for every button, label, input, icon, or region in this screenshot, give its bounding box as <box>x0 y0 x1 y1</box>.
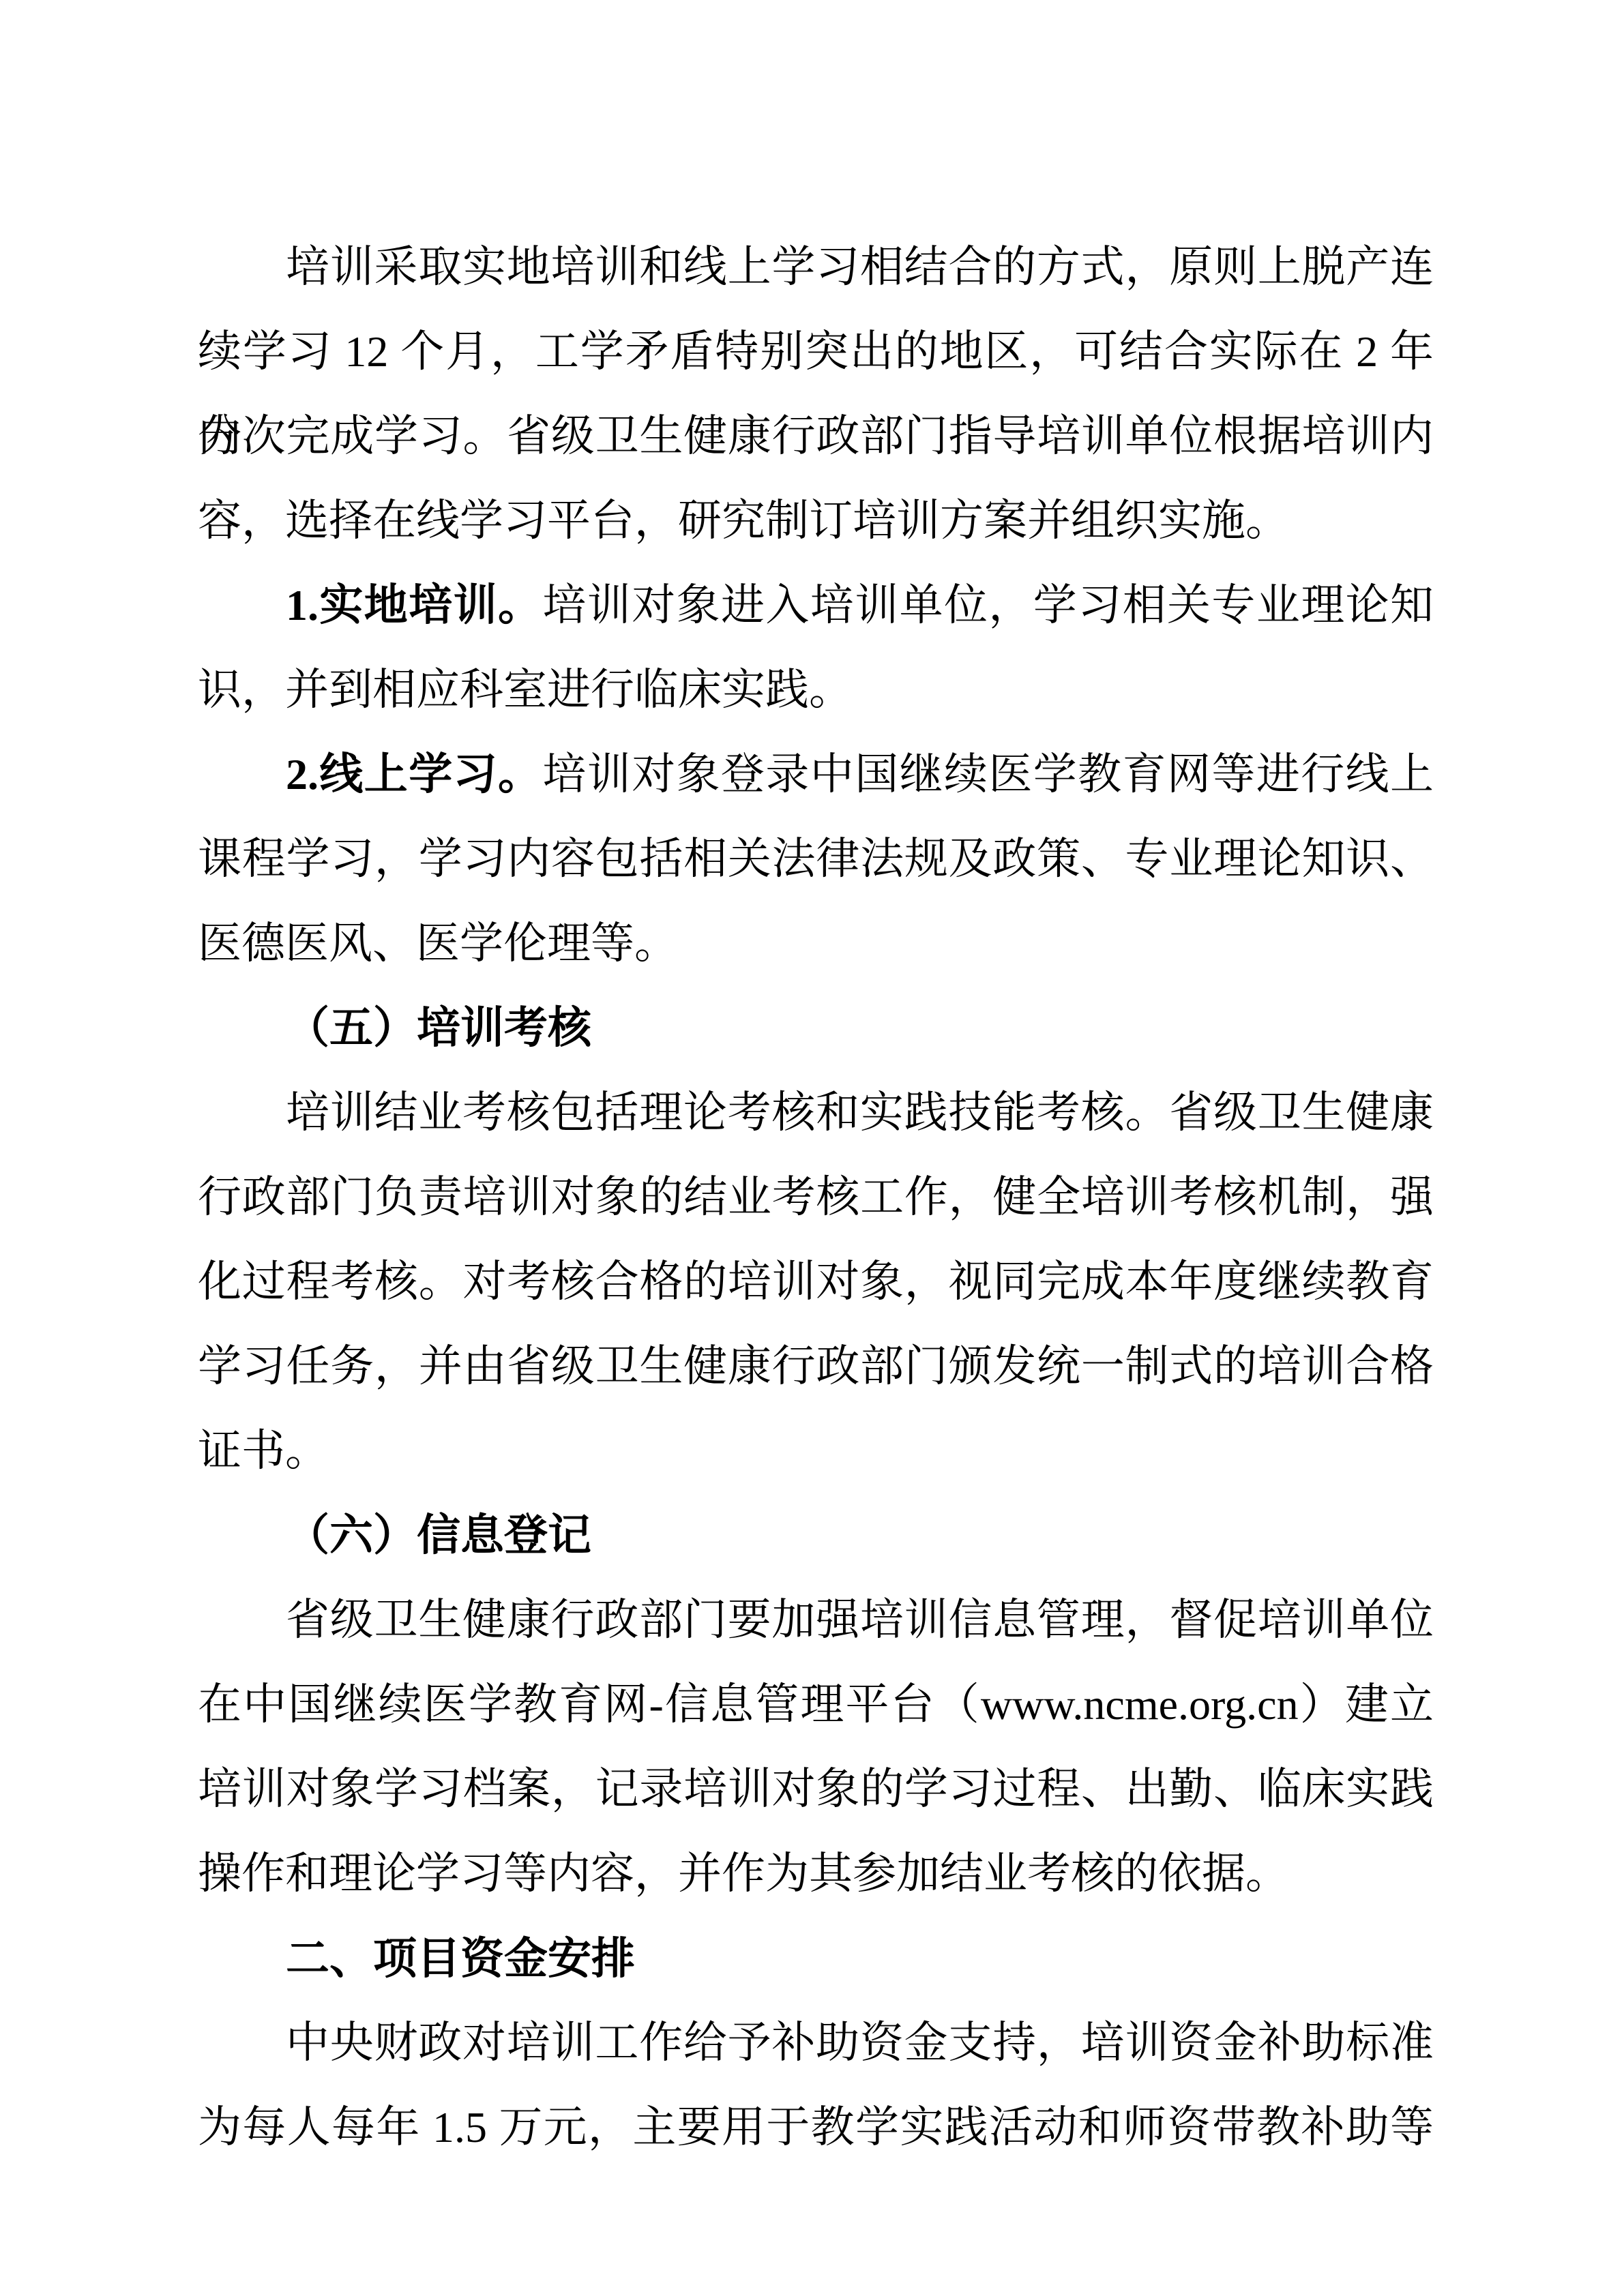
document-body: 培训采取实地培训和线上学习相结合的方式，原则上脱产连续学习 12 个月，工学矛盾… <box>198 225 1434 2170</box>
document-page: 培训采取实地培训和线上学习相结合的方式，原则上脱产连续学习 12 个月，工学矛盾… <box>0 0 1624 2296</box>
section-heading: （五）培训考核 <box>198 986 1434 1071</box>
text-line: 化过程考核。对考核合格的培训对象，视同完成本年度继续教育 <box>198 1240 1434 1324</box>
text-line: 中央财政对培训工作给予补助资金支持，培训资金补助标准 <box>198 2001 1434 2085</box>
text-line: 培训对象学习档案，记录培训对象的学习过程、出勤、临床实践 <box>198 1747 1434 1832</box>
text-line: 2.线上学习。培训对象登录中国继续医学教育网等进行线上 <box>198 732 1434 817</box>
text-line: 省级卫生健康行政部门要加强培训信息管理，督促培训单位 <box>198 1578 1434 1663</box>
text-line: 培训结业考核包括理论考核和实践技能考核。省级卫生健康 <box>198 1071 1434 1155</box>
text-line: 学习任务，并由省级卫生健康行政部门颁发统一制式的培训合格 <box>198 1324 1434 1409</box>
text-line: 证书。 <box>198 1409 1434 1493</box>
text-line: 在中国继续医学教育网-信息管理平台（www.ncme.org.cn）建立 <box>198 1663 1434 1747</box>
text-line: 容，选择在线学习平台，研究制订培训方案并组织实施。 <box>198 479 1434 563</box>
text-line: 为每人每年 1.5 万元，主要用于教学实践活动和师资带教补助等 <box>198 2085 1434 2170</box>
line-bold-lead: 2.线上学习。 <box>286 750 542 799</box>
section-heading: （六）信息登记 <box>198 1493 1434 1578</box>
text-line: 操作和理论学习等内容，并作为其参加结业考核的依据。 <box>198 1832 1434 1916</box>
text-line: 医德医风、医学伦理等。 <box>198 901 1434 986</box>
text-line: 培训采取实地培训和线上学习相结合的方式，原则上脱产连 <box>198 225 1434 310</box>
line-bold-lead: 1.实地培训。 <box>286 581 542 629</box>
text-line: 续学习 12 个月，工学矛盾特别突出的地区，可结合实际在 2 年内 <box>198 310 1434 394</box>
text-line: 1.实地培训。培训对象进入培训单位，学习相关专业理论知 <box>198 563 1434 648</box>
text-line: 分次完成学习。省级卫生健康行政部门指导培训单位根据培训内 <box>198 394 1434 479</box>
section-heading: 二、项目资金安排 <box>198 1916 1434 2001</box>
text-line: 识，并到相应科室进行临床实践。 <box>198 648 1434 732</box>
text-line: 课程学习，学习内容包括相关法律法规及政策、专业理论知识、 <box>198 817 1434 901</box>
text-line: 行政部门负责培训对象的结业考核工作，健全培训考核机制，强 <box>198 1155 1434 1240</box>
